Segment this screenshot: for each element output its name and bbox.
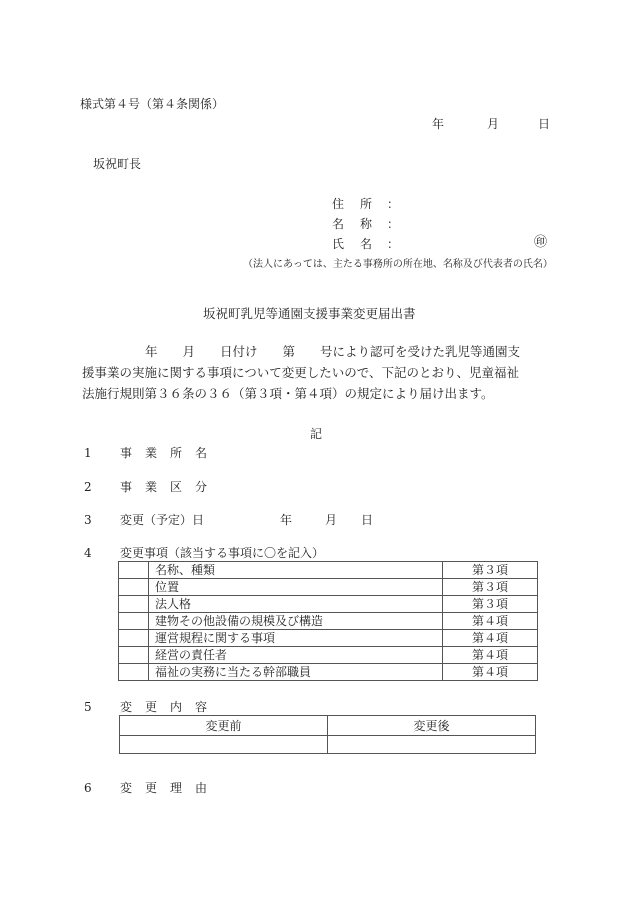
item-3-label: 変更（予定）日 xyxy=(120,513,204,527)
item-6-number: 6 xyxy=(84,781,92,795)
body-line-1: 年 月 日付け 第 号により認可を受けた乳児等通園支 xyxy=(145,345,520,359)
table-row: 福祉の実務に当たる幹部職員 第４項 xyxy=(119,664,538,681)
clause-cell: 第３項 xyxy=(443,562,538,579)
applicant-note: （法人にあっては、主たる事務所の所在地、名称及び代表者の氏名） xyxy=(243,258,553,272)
clause-cell: 第３項 xyxy=(443,579,538,596)
table-header-row: 変更前 変更後 xyxy=(120,716,536,736)
item-cell: 福祉の実務に当たる幹部職員 xyxy=(149,664,443,681)
item-cell: 運営規程に関する事項 xyxy=(149,630,443,647)
body-line-3: 法施行規則第３６条の３６（第３項・第４項）の規定により届け出ます。 xyxy=(82,387,494,401)
table-row: 経営の責任者 第４項 xyxy=(119,647,538,664)
date-month-label: 月 xyxy=(487,117,499,131)
clause-cell: 第４項 xyxy=(443,630,538,647)
representative-label: 氏 名 xyxy=(332,237,374,251)
mark-cell[interactable] xyxy=(119,630,149,647)
after-value-cell[interactable] xyxy=(328,736,536,754)
change-items-table: 名称、種類 第３項 位置 第３項 法人格 第３項 建物その他設備の規模及び構造 … xyxy=(118,561,538,681)
before-value-cell[interactable] xyxy=(120,736,328,754)
item-4-number: 4 xyxy=(84,546,92,560)
table-row: 位置 第３項 xyxy=(119,579,538,596)
representative-field[interactable]: 氏 名 ： xyxy=(332,237,374,251)
table-row: 建物その他設備の規模及び構造 第４項 xyxy=(119,613,538,630)
name-colon: ： xyxy=(387,217,399,231)
mark-cell[interactable] xyxy=(119,647,149,664)
table-row: 法人格 第３項 xyxy=(119,596,538,613)
item-3-day: 日 xyxy=(361,513,373,527)
item-2-number: 2 xyxy=(84,480,92,494)
clause-cell: 第４項 xyxy=(443,664,538,681)
before-header: 変更前 xyxy=(120,716,328,736)
name-field[interactable]: 名 称 ： xyxy=(332,217,374,231)
item-cell: 位置 xyxy=(149,579,443,596)
address-label: 住 所 xyxy=(332,197,374,211)
clause-cell: 第３項 xyxy=(443,596,538,613)
after-header: 変更後 xyxy=(328,716,536,736)
address-field[interactable]: 住 所 ： xyxy=(332,197,374,211)
item-3-month: 月 xyxy=(325,513,337,527)
item-cell: 建物その他設備の規模及び構造 xyxy=(149,613,443,630)
item-3-number: 3 xyxy=(84,513,92,527)
document-title: 坂祝町乳児等通園支援事業変更届出書 xyxy=(203,307,416,321)
body-line-2: 援事業の実施に関する事項について変更したいので、下記のとおり、児童福祉 xyxy=(82,366,519,380)
item-cell: 名称、種類 xyxy=(149,562,443,579)
address-colon: ： xyxy=(387,197,399,211)
item-1-number: 1 xyxy=(84,446,92,460)
item-4-label: 変更事項（該当する事項に〇を記入） xyxy=(120,546,324,560)
clause-cell: 第４項 xyxy=(443,613,538,630)
ki-heading: 記 xyxy=(310,427,322,441)
item-cell: 法人格 xyxy=(149,596,443,613)
mark-cell[interactable] xyxy=(119,613,149,630)
item-cell: 経営の責任者 xyxy=(149,647,443,664)
item-5-label: 変更内容 xyxy=(120,700,220,714)
change-content-table: 変更前 変更後 xyxy=(119,715,536,754)
addressee: 坂祝町長 xyxy=(93,157,141,171)
item-2-label: 事業区分 xyxy=(120,480,220,494)
item-6-label: 変更理由 xyxy=(120,781,220,795)
item-3-year: 年 xyxy=(280,513,292,527)
date-day-label: 日 xyxy=(538,117,550,131)
table-row xyxy=(120,736,536,754)
item-1-label: 事業所名 xyxy=(120,446,220,460)
table-row: 名称、種類 第３項 xyxy=(119,562,538,579)
date-year-label: 年 xyxy=(432,117,444,131)
clause-cell: 第４項 xyxy=(443,647,538,664)
name-label: 名 称 xyxy=(332,217,374,231)
seal-icon: ㊞ xyxy=(534,236,547,250)
mark-cell[interactable] xyxy=(119,596,149,613)
mark-cell[interactable] xyxy=(119,562,149,579)
form-label: 様式第４号（第４条関係） xyxy=(80,97,224,111)
table-row: 運営規程に関する事項 第４項 xyxy=(119,630,538,647)
mark-cell[interactable] xyxy=(119,579,149,596)
item-5-number: 5 xyxy=(84,700,92,714)
mark-cell[interactable] xyxy=(119,664,149,681)
representative-colon: ： xyxy=(387,237,399,251)
